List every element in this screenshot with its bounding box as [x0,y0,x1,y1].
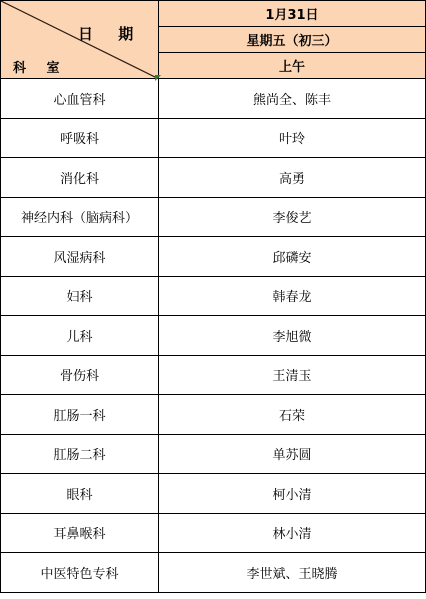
doctor-cell: 单苏圆 [159,434,426,474]
table-row: 肛肠一科 石荣 [1,395,426,435]
doctor-cell: 石荣 [159,395,426,435]
doctor-cell: 邱磷安 [159,237,426,277]
table-row: 消化科 高勇 [1,158,426,198]
corner-department-label: 科 室 [13,57,68,76]
cell-comment-marker-icon [155,75,161,81]
header-weekday: 星期五（初三） [159,27,426,53]
doctor-cell: 熊尚全、陈丰 [159,79,426,119]
table-row: 神经内科（脑病科） 李俊艺 [1,197,426,237]
schedule-sheet: 日 期 科 室 1月31日 星期五（初三） 上午 心血管科 熊尚全、陈丰 呼吸科… [0,0,426,599]
department-cell: 肛肠一科 [1,395,159,435]
header-session: 上午 [159,53,426,79]
doctor-cell: 李旭微 [159,316,426,356]
department-cell: 肛肠二科 [1,434,159,474]
department-cell: 神经内科（脑病科） [1,197,159,237]
table-row: 骨伤科 王清玉 [1,355,426,395]
department-cell: 中医特色专科 [1,553,159,593]
duty-schedule-table: 日 期 科 室 1月31日 星期五（初三） 上午 心血管科 熊尚全、陈丰 呼吸科… [0,0,426,593]
table-row: 肛肠二科 单苏圆 [1,434,426,474]
corner-header-cell: 日 期 科 室 [1,1,159,79]
department-cell: 眼科 [1,474,159,514]
department-cell: 呼吸科 [1,118,159,158]
table-row: 儿科 李旭微 [1,316,426,356]
department-cell: 儿科 [1,316,159,356]
table-row: 风湿病科 邱磷安 [1,237,426,277]
department-cell: 耳鼻喉科 [1,513,159,553]
doctor-cell: 李世斌、王晓腾 [159,553,426,593]
header-row-date: 日 期 科 室 1月31日 [1,1,426,27]
corner-date-label: 日 期 [78,23,143,44]
header-date: 1月31日 [159,1,426,27]
table-row: 耳鼻喉科 林小清 [1,513,426,553]
table-row: 呼吸科 叶玲 [1,118,426,158]
doctor-cell: 高勇 [159,158,426,198]
doctor-cell: 韩春龙 [159,276,426,316]
department-cell: 消化科 [1,158,159,198]
doctor-cell: 李俊艺 [159,197,426,237]
department-cell: 妇科 [1,276,159,316]
table-row: 眼科 柯小清 [1,474,426,514]
department-cell: 骨伤科 [1,355,159,395]
doctor-cell: 林小清 [159,513,426,553]
department-cell: 心血管科 [1,79,159,119]
table-row: 妇科 韩春龙 [1,276,426,316]
table-row: 心血管科 熊尚全、陈丰 [1,79,426,119]
department-cell: 风湿病科 [1,237,159,277]
doctor-cell: 王清玉 [159,355,426,395]
doctor-cell: 叶玲 [159,118,426,158]
table-row: 中医特色专科 李世斌、王晓腾 [1,553,426,593]
doctor-cell: 柯小清 [159,474,426,514]
